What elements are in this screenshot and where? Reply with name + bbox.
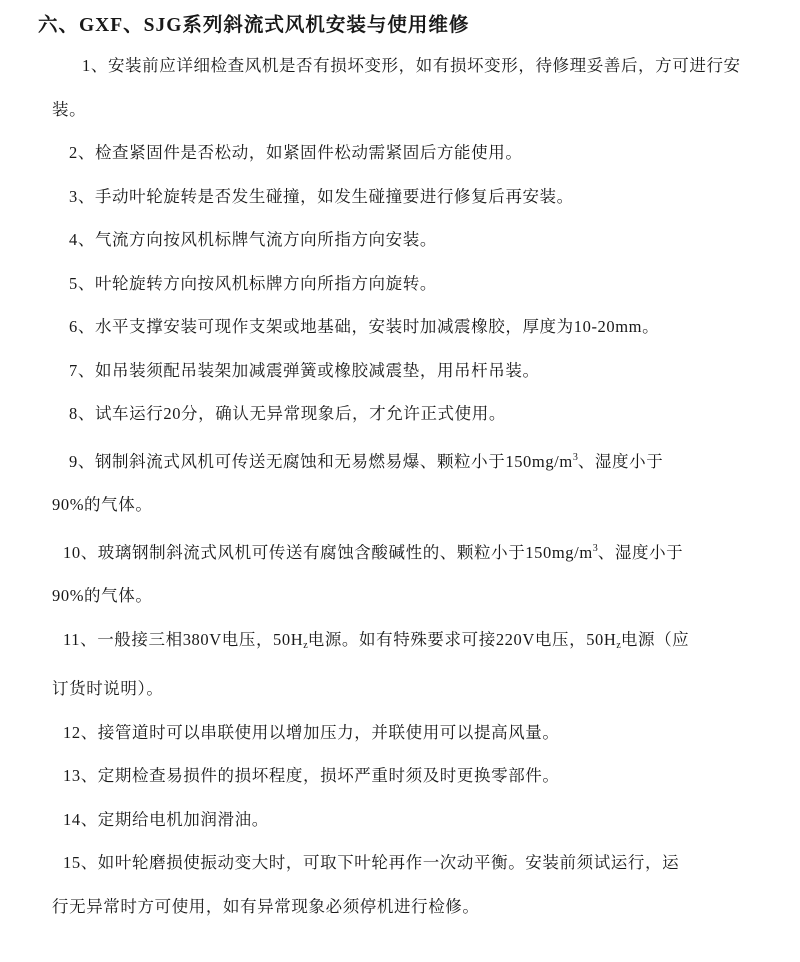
- list-item-13: 13、定期检查易损件的损坏程度，损坏严重时须及时更换零部件。: [52, 754, 766, 798]
- paragraph-line: 1、安装前应详细检查风机是否有损坏变形，如有损坏变形，待修理妥善后，方可进行安: [52, 44, 766, 88]
- text-run: 装。: [52, 100, 86, 119]
- paragraph-line: 7、如吊装须配吊装架加减震弹簧或橡胶减震垫，用吊杆吊装。: [52, 349, 766, 393]
- list-item-3: 3、手动叶轮旋转是否发生碰撞，如发生碰撞要进行修复后再安装。: [52, 175, 766, 219]
- text-run: 电源（应: [621, 630, 689, 649]
- list-item-4: 4、气流方向按风机标牌气流方向所指方向安装。: [52, 218, 766, 262]
- paragraph-line: 行无异常时方可使用，如有异常现象必须停机进行检修。: [52, 885, 766, 929]
- list-item-5: 5、叶轮旋转方向按风机标牌方向所指方向旋转。: [52, 262, 766, 306]
- text-run: 8、试车运行20分，确认无异常现象后，才允许正式使用。: [69, 404, 506, 423]
- text-run: 7、如吊装须配吊装架加减震弹簧或橡胶减震垫，用吊杆吊装。: [69, 361, 540, 380]
- paragraph-line: 5、叶轮旋转方向按风机标牌方向所指方向旋转。: [52, 262, 766, 306]
- text-run: 12、接管道时可以串联使用以增加压力，并联使用可以提高风量。: [63, 723, 560, 742]
- paragraph-line: 9、钢制斜流式风机可传送无腐蚀和无易燃易爆、颗粒小于150mg/m3、湿度小于: [52, 436, 766, 484]
- text-run: 、湿度小于: [578, 452, 664, 471]
- document-page: 六、GXF、SJG系列斜流式风机安装与使用维修 1、安装前应详细检查风机是否有损…: [0, 0, 800, 962]
- paragraph-line: 14、定期给电机加润滑油。: [52, 798, 766, 842]
- paragraph-line: 8、试车运行20分，确认无异常现象后，才允许正式使用。: [52, 392, 766, 436]
- list-item-14: 14、定期给电机加润滑油。: [52, 798, 766, 842]
- text-run: 2、检查紧固件是否松动，如紧固件松动需紧固后方能使用。: [69, 143, 522, 162]
- list-item-10: 10、玻璃钢制斜流式风机可传送有腐蚀含酸碱性的、颗粒小于150mg/m3、湿度小…: [52, 527, 766, 618]
- paragraph-line: 2、检查紧固件是否松动，如紧固件松动需紧固后方能使用。: [52, 131, 766, 175]
- text-run: 6、水平支撑安装可现作支架或地基础，安装时加减震橡胶，厚度为10-20mm。: [69, 317, 659, 336]
- list-item-9: 9、钢制斜流式风机可传送无腐蚀和无易燃易爆、颗粒小于150mg/m3、湿度小于9…: [52, 436, 766, 527]
- text-run: 15、如叶轮磨损使振动变大时，可取下叶轮再作一次动平衡。安装前须试运行，运: [63, 853, 679, 872]
- paragraph-line: 10、玻璃钢制斜流式风机可传送有腐蚀含酸碱性的、颗粒小于150mg/m3、湿度小…: [52, 527, 766, 575]
- paragraph-line: 4、气流方向按风机标牌气流方向所指方向安装。: [52, 218, 766, 262]
- paragraph-line: 3、手动叶轮旋转是否发生碰撞，如发生碰撞要进行修复后再安装。: [52, 175, 766, 219]
- list-item-11: 11、一般接三相380V电压，50Hz电源。如有特殊要求可接220V电压，50H…: [52, 618, 766, 711]
- paragraph-line: 6、水平支撑安装可现作支架或地基础，安装时加减震橡胶，厚度为10-20mm。: [52, 305, 766, 349]
- text-run: 订货时说明）。: [52, 679, 163, 698]
- paragraph-line: 90%的气体。: [52, 483, 766, 527]
- text-run: 90%的气体。: [52, 586, 152, 605]
- paragraph-line: 13、定期检查易损件的损坏程度，损坏严重时须及时更换零部件。: [52, 754, 766, 798]
- paragraph-line: 90%的气体。: [52, 574, 766, 618]
- text-run: 10、玻璃钢制斜流式风机可传送有腐蚀含酸碱性的、颗粒小于150mg/m: [63, 543, 593, 562]
- document-title: 六、GXF、SJG系列斜流式风机安装与使用维修: [38, 12, 766, 40]
- text-run: 3、手动叶轮旋转是否发生碰撞，如发生碰撞要进行修复后再安装。: [69, 187, 574, 206]
- paragraph-line: 订货时说明）。: [52, 667, 766, 711]
- list-item-8: 8、试车运行20分，确认无异常现象后，才允许正式使用。: [52, 392, 766, 436]
- text-run: 5、叶轮旋转方向按风机标牌方向所指方向旋转。: [69, 274, 437, 293]
- text-run: 9、钢制斜流式风机可传送无腐蚀和无易燃易爆、颗粒小于150mg/m: [69, 452, 573, 471]
- paragraph-line: 装。: [52, 88, 766, 132]
- text-run: 11、一般接三相380V电压，50H: [63, 630, 303, 649]
- text-run: 电源。如有特殊要求可接220V电压，50H: [308, 630, 617, 649]
- paragraph-list: 1、安装前应详细检查风机是否有损坏变形，如有损坏变形，待修理妥善后，方可进行安装…: [52, 44, 766, 928]
- text-run: 4、气流方向按风机标牌气流方向所指方向安装。: [69, 230, 437, 249]
- text-run: 13、定期检查易损件的损坏程度，损坏严重时须及时更换零部件。: [63, 766, 560, 785]
- paragraph-line: 15、如叶轮磨损使振动变大时，可取下叶轮再作一次动平衡。安装前须试运行，运: [52, 841, 766, 885]
- paragraph-line: 11、一般接三相380V电压，50Hz电源。如有特殊要求可接220V电压，50H…: [52, 618, 766, 668]
- list-item-1: 1、安装前应详细检查风机是否有损坏变形，如有损坏变形，待修理妥善后，方可进行安装…: [52, 44, 766, 131]
- text-run: 14、定期给电机加润滑油。: [63, 810, 269, 829]
- text-run: 行无异常时方可使用，如有异常现象必须停机进行检修。: [52, 897, 480, 916]
- text-run: 90%的气体。: [52, 495, 152, 514]
- list-item-2: 2、检查紧固件是否松动，如紧固件松动需紧固后方能使用。: [52, 131, 766, 175]
- text-run: 、湿度小于: [598, 543, 684, 562]
- list-item-15: 15、如叶轮磨损使振动变大时，可取下叶轮再作一次动平衡。安装前须试运行，运行无异…: [52, 841, 766, 928]
- list-item-12: 12、接管道时可以串联使用以增加压力，并联使用可以提高风量。: [52, 711, 766, 755]
- text-run: 1、安装前应详细检查风机是否有损坏变形，如有损坏变形，待修理妥善后，方可进行安: [82, 56, 741, 75]
- list-item-6: 6、水平支撑安装可现作支架或地基础，安装时加减震橡胶，厚度为10-20mm。: [52, 305, 766, 349]
- list-item-7: 7、如吊装须配吊装架加减震弹簧或橡胶减震垫，用吊杆吊装。: [52, 349, 766, 393]
- paragraph-line: 12、接管道时可以串联使用以增加压力，并联使用可以提高风量。: [52, 711, 766, 755]
